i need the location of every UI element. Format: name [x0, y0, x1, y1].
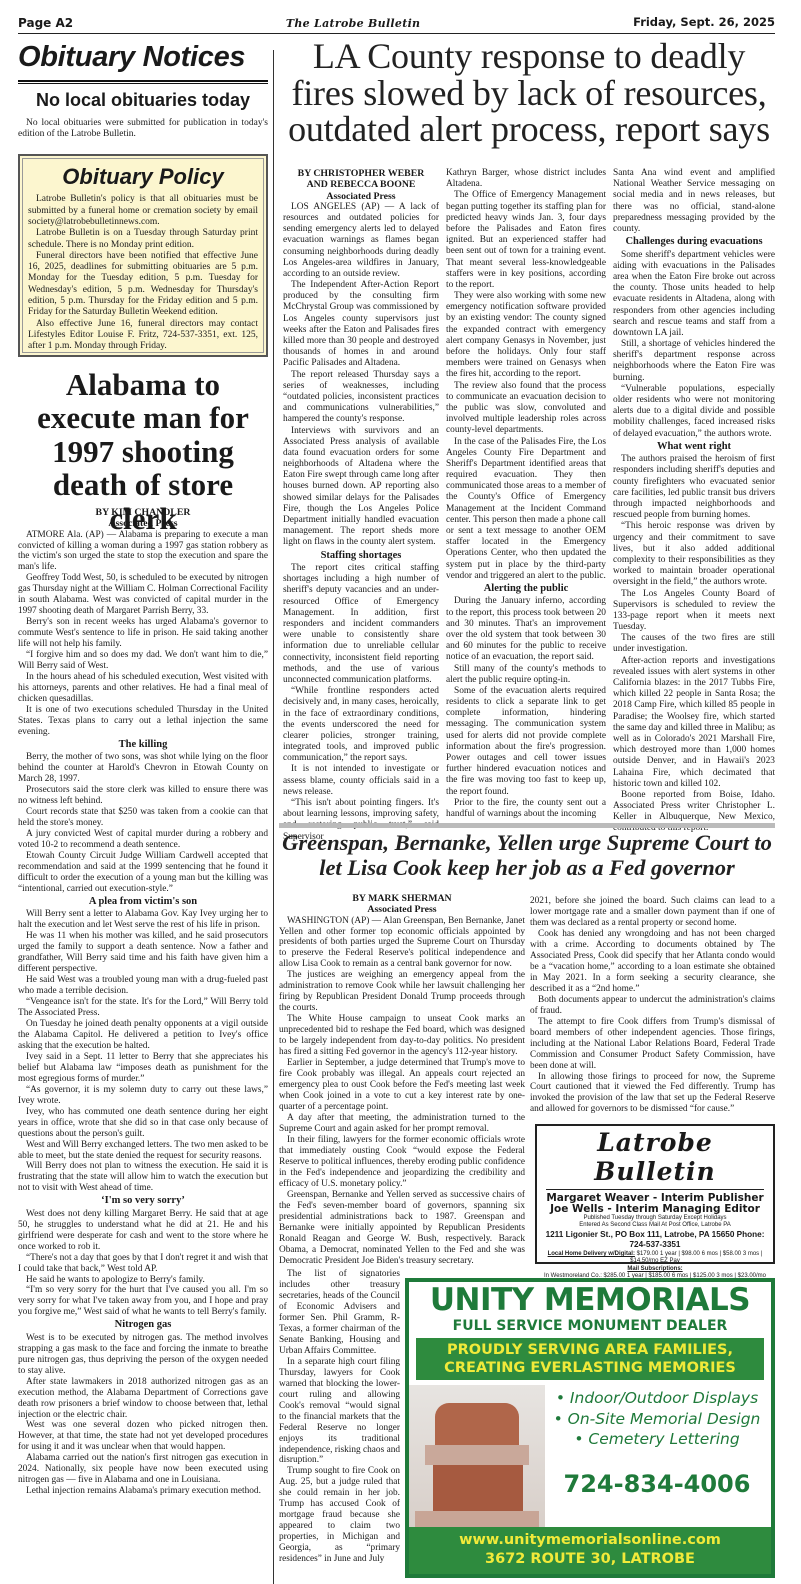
- paragraph: “I'm so very sorry for the hurt that I'v…: [18, 1285, 268, 1318]
- paragraph: Still many of the county's methods to al…: [446, 664, 606, 686]
- mail-entry: Entered As Second Class Mail At Post Off…: [542, 1222, 768, 1230]
- byline: AND REBECCA BOONE: [283, 179, 439, 190]
- paragraph: West does not deny killing Margaret Berr…: [18, 1209, 268, 1253]
- agency: Associated Press: [283, 191, 439, 202]
- masthead-box: Latrobe Bulletin Margaret Weaver - Inter…: [535, 1124, 775, 1264]
- ad-business-name: UNITY MEMORIALS: [409, 1285, 771, 1316]
- paragraph: LOS ANGELES (AP) — A lack of resources a…: [283, 202, 439, 280]
- alabama-article: BY KIM CHANDLER Associated Press ATMORE …: [18, 507, 268, 1497]
- paragraph: Some of the evacuation alerts required r…: [446, 686, 606, 798]
- paragraph: The justices are weighing an emergency a…: [279, 970, 525, 1014]
- obituary-policy-box: Obituary Policy Latrobe Bulletin's polic…: [18, 154, 268, 357]
- paragraph: After-action reports and investigations …: [613, 656, 775, 790]
- paragraph: During the January inferno, according to…: [446, 596, 606, 663]
- policy-paragraph: Latrobe Bulletin is on a Tuesday through…: [28, 228, 258, 251]
- paragraph: “This heroic response was driven by urge…: [613, 521, 775, 588]
- paragraph: The report released Thursday says a seri…: [283, 370, 439, 426]
- paragraph: WASHINGTON (AP) — Alan Greenspan, Ben Be…: [279, 916, 525, 971]
- fed-column-1-narrow: The list of signatories includes other t…: [279, 1269, 400, 1565]
- subhead: Nitrogen gas: [18, 1319, 268, 1331]
- paragraph: Ivey said in a Sept. 11 letter to Berry …: [18, 1052, 268, 1085]
- ad-services: • Indoor/Outdoor Displays • On-Site Memo…: [549, 1388, 765, 1450]
- paragraph: On Tuesday he joined death penalty oppon…: [18, 1019, 268, 1052]
- paragraph: The attempt to fire Cook differs from Tr…: [530, 1017, 775, 1072]
- paragraph: 2021, before she joined the board. Such …: [530, 896, 775, 929]
- paragraph: Some sheriff's department vehicles were …: [613, 250, 775, 340]
- page-header: Page A2 The Latrobe Bulletin Friday, Sep…: [18, 12, 775, 34]
- ad-slogan-band: PROUDLY SERVING AREA FAMILIES, CREATING …: [416, 1338, 764, 1380]
- fed-column-2: 2021, before she joined the board. Such …: [530, 896, 775, 1115]
- monument-ledge: [425, 1445, 529, 1465]
- paragraph: The Office of Emergency Management began…: [446, 190, 606, 291]
- paragraph: Santa Ana wind event and amplified Natio…: [613, 168, 775, 235]
- paragraph: Interviews with survivors and an Associa…: [283, 426, 439, 549]
- paragraph: Etowah County Circuit Judge William Card…: [18, 851, 268, 895]
- paragraph: The Los Angeles County Board of Supervis…: [613, 589, 775, 634]
- paragraph: After state lawmakers in 2018 authorized…: [18, 1377, 268, 1421]
- paragraph: Berry, the mother of two sons, was shot …: [18, 752, 268, 785]
- publisher: Margaret Weaver - Interim Publisher: [542, 1193, 768, 1204]
- la-column-3: Santa Ana wind event and amplified Natio…: [613, 168, 775, 835]
- paragraph: A day after that meeting, the administra…: [279, 1113, 525, 1135]
- ad-subtitle: FULL SERVICE MONUMENT DEALER: [409, 1319, 771, 1333]
- fed-column-1: BY MARK SHERMAN Associated Press WASHING…: [279, 893, 525, 1267]
- monument-body: [433, 1465, 523, 1513]
- paragraph: The review also found that the process t…: [446, 381, 606, 437]
- paragraph: Cook has denied any wrongdoing and has n…: [530, 929, 775, 995]
- ad-service-item: • On-Site Memorial Design: [549, 1409, 765, 1430]
- ad-service-item: • Indoor/Outdoor Displays: [549, 1388, 765, 1409]
- paragraph: Both documents appear to undercut the ad…: [530, 995, 775, 1017]
- paragraph: “Vulnerable populations, especially olde…: [613, 384, 775, 440]
- section-rule: [18, 80, 268, 84]
- mail-subscriptions-label: Mail Subscriptions:: [542, 1266, 768, 1274]
- paragraph: In a separate high court filing Thursday…: [279, 1357, 400, 1467]
- ad-website-link[interactable]: www.unitymemorialsonline.com: [409, 1531, 771, 1550]
- policy-paragraph: Latrobe Bulletin's policy is that all ob…: [28, 194, 258, 228]
- paragraph: In their filing, lawyers for the former …: [279, 1135, 525, 1190]
- monument-base: [415, 1511, 539, 1527]
- monument-top: [435, 1403, 519, 1447]
- subhead: Challenges during evacuations: [613, 236, 775, 248]
- paragraph: The causes of the two fires are still un…: [613, 633, 775, 655]
- publication-schedule: Published Tuesday through Saturday Excep…: [542, 1215, 768, 1223]
- paragraph: Will Berry does not plan to witness the …: [18, 1161, 268, 1194]
- paragraph: He said he wants to apologize to Berry's…: [18, 1275, 268, 1286]
- ad-slogan-line: CREATING EVERLASTING MEMORIES: [416, 1359, 764, 1377]
- masthead-logo: The Latrobe Bulletin: [286, 17, 421, 30]
- subhead: A plea from victim's son: [18, 896, 268, 908]
- paragraph: A jury convicted West of capital murder …: [18, 829, 268, 851]
- paragraph: Trump sought to fire Cook on Aug. 25, bu…: [279, 1466, 400, 1565]
- paragraph: The report cites critical staffing short…: [283, 563, 439, 686]
- paragraph: Lethal injection remains Alabama's prima…: [18, 1486, 268, 1497]
- ad-footer: www.unitymemorialsonline.com 3672 ROUTE …: [409, 1527, 771, 1574]
- subhead: The killing: [18, 739, 268, 751]
- paragraph: It is not intended to investigate or ass…: [283, 764, 439, 798]
- paragraph: Alabama carried out the nation's first n…: [18, 1453, 268, 1486]
- paragraph: West is to be executed by nitrogen gas. …: [18, 1333, 268, 1377]
- paragraph: It is one of two executions scheduled Th…: [18, 705, 268, 738]
- paragraph: The White House campaign to unseat Cook …: [279, 1014, 525, 1058]
- subhead: ‘I'm so very sorry’: [18, 1195, 268, 1207]
- paragraph: In allowing those firings to proceed for…: [530, 1072, 775, 1116]
- la-headline: LA County response to deadly fires slowe…: [279, 38, 779, 148]
- fed-headline: Greenspan, Bernanke, Yellen urge Supreme…: [279, 830, 775, 881]
- paragraph: Prior to the fire, the county sent out a…: [446, 798, 606, 820]
- subhead: Staffing shortages: [283, 550, 439, 562]
- paragraph: The authors praised the heroism of first…: [613, 454, 775, 521]
- section-rule: [279, 823, 775, 828]
- paragraph: Geoffrey Todd West, 50, is scheduled to …: [18, 573, 268, 617]
- byline: BY KIM CHANDLER: [18, 507, 268, 518]
- paragraph: West was one several dozen who picked ni…: [18, 1420, 268, 1453]
- masthead-title: Latrobe Bulletin: [542, 1129, 768, 1187]
- ad-phone[interactable]: 724-834-4006: [549, 1470, 765, 1499]
- paragraph: “As governor, it is my solemn duty to ca…: [18, 1085, 268, 1107]
- policy-paragraph: Funeral directors have been notified tha…: [28, 251, 258, 319]
- column-divider: [273, 50, 274, 1584]
- la-column-2: Kathryn Barger, whose district includes …: [446, 168, 606, 820]
- paragraph: Still, a shortage of vehicles hindered t…: [613, 339, 775, 384]
- paragraph: West and Will Berry exchanged letters. T…: [18, 1140, 268, 1162]
- byline: BY CHRISTOPHER WEBER: [283, 168, 439, 179]
- paragraph: In the case of the Palisades Fire, the L…: [446, 437, 606, 582]
- address-phone: 1211 Ligonier St., PO Box 111, Latrobe, …: [542, 1230, 768, 1251]
- paragraph: In the hours ahead of his scheduled exec…: [18, 672, 268, 705]
- paragraph: Kathryn Barger, whose district includes …: [446, 168, 606, 190]
- page-number: Page A2: [18, 16, 73, 30]
- unity-memorials-ad[interactable]: UNITY MEMORIALS FULL SERVICE MONUMENT DE…: [405, 1278, 775, 1578]
- agency: Associated Press: [18, 518, 268, 529]
- paragraph: Berry's son in recent weeks has urged Al…: [18, 617, 268, 650]
- paragraph: Court records state that $250 was taken …: [18, 807, 268, 829]
- obituaries-headline: No local obituaries today: [18, 90, 268, 112]
- paragraph: “While frontline responders acted decisi…: [283, 686, 439, 764]
- subhead: What went right: [613, 441, 775, 453]
- paragraph: “I forgive him and so does my dad. We do…: [18, 650, 268, 672]
- ad-address: 3672 ROUTE 30, LATROBE: [409, 1550, 771, 1569]
- issue-date: Friday, Sept. 26, 2025: [633, 16, 775, 30]
- paragraph: The Independent After-Action Report prod…: [283, 280, 439, 370]
- local-rates-label: Local Home Delivery w/Digital:: [548, 1251, 635, 1257]
- local-rates-values: $179.00 1 year | $98.00 6 mos | $58.00 3…: [630, 1251, 762, 1265]
- paragraph: He said West was a troubled young man wi…: [18, 975, 268, 997]
- paragraph: “Vengeance isn't for the state. It's for…: [18, 997, 268, 1019]
- paragraph: The list of signatories includes other t…: [279, 1269, 400, 1357]
- la-column-1: BY CHRISTOPHER WEBER AND REBECCA BOONE A…: [283, 168, 439, 843]
- ad-slogan-line: PROUDLY SERVING AREA FAMILIES,: [416, 1341, 764, 1359]
- policy-paragraph: Also effective June 16, funeral director…: [28, 319, 258, 353]
- subhead: Alerting the public: [446, 583, 606, 595]
- paragraph: Earlier in September, a judge determined…: [279, 1058, 525, 1113]
- agency: Associated Press: [279, 904, 525, 915]
- paragraph: Ivey, who has commuted one death sentenc…: [18, 1107, 268, 1140]
- ad-service-item: • Cemetery Lettering: [549, 1429, 765, 1450]
- editor: Joe Wells - Interim Managing Editor: [542, 1204, 768, 1215]
- byline: BY MARK SHERMAN: [279, 893, 525, 904]
- monument-photo: [409, 1385, 545, 1527]
- policy-title: Obituary Policy: [28, 164, 258, 190]
- local-rates: Local Home Delivery w/Digital: $179.00 1…: [542, 1251, 768, 1266]
- paragraph: They were also working with some new eme…: [446, 291, 606, 381]
- paragraph: He was 11 when his mother was killed, an…: [18, 931, 268, 975]
- paragraph: Greenspan, Bernanke and Yellen served as…: [279, 1190, 525, 1267]
- obituaries-body: No local obituaries were submitted for p…: [18, 118, 268, 141]
- paragraph: ATMORE Ala. (AP) — Alabama is preparing …: [18, 530, 268, 574]
- section-title: Obituary Notices: [18, 40, 268, 75]
- paragraph: “There's not a day that goes by that I d…: [18, 1253, 268, 1275]
- paragraph: Prosecutors said the store clerk was kil…: [18, 785, 268, 807]
- paragraph: Will Berry sent a letter to Alabama Gov.…: [18, 909, 268, 931]
- divider: [546, 1189, 764, 1190]
